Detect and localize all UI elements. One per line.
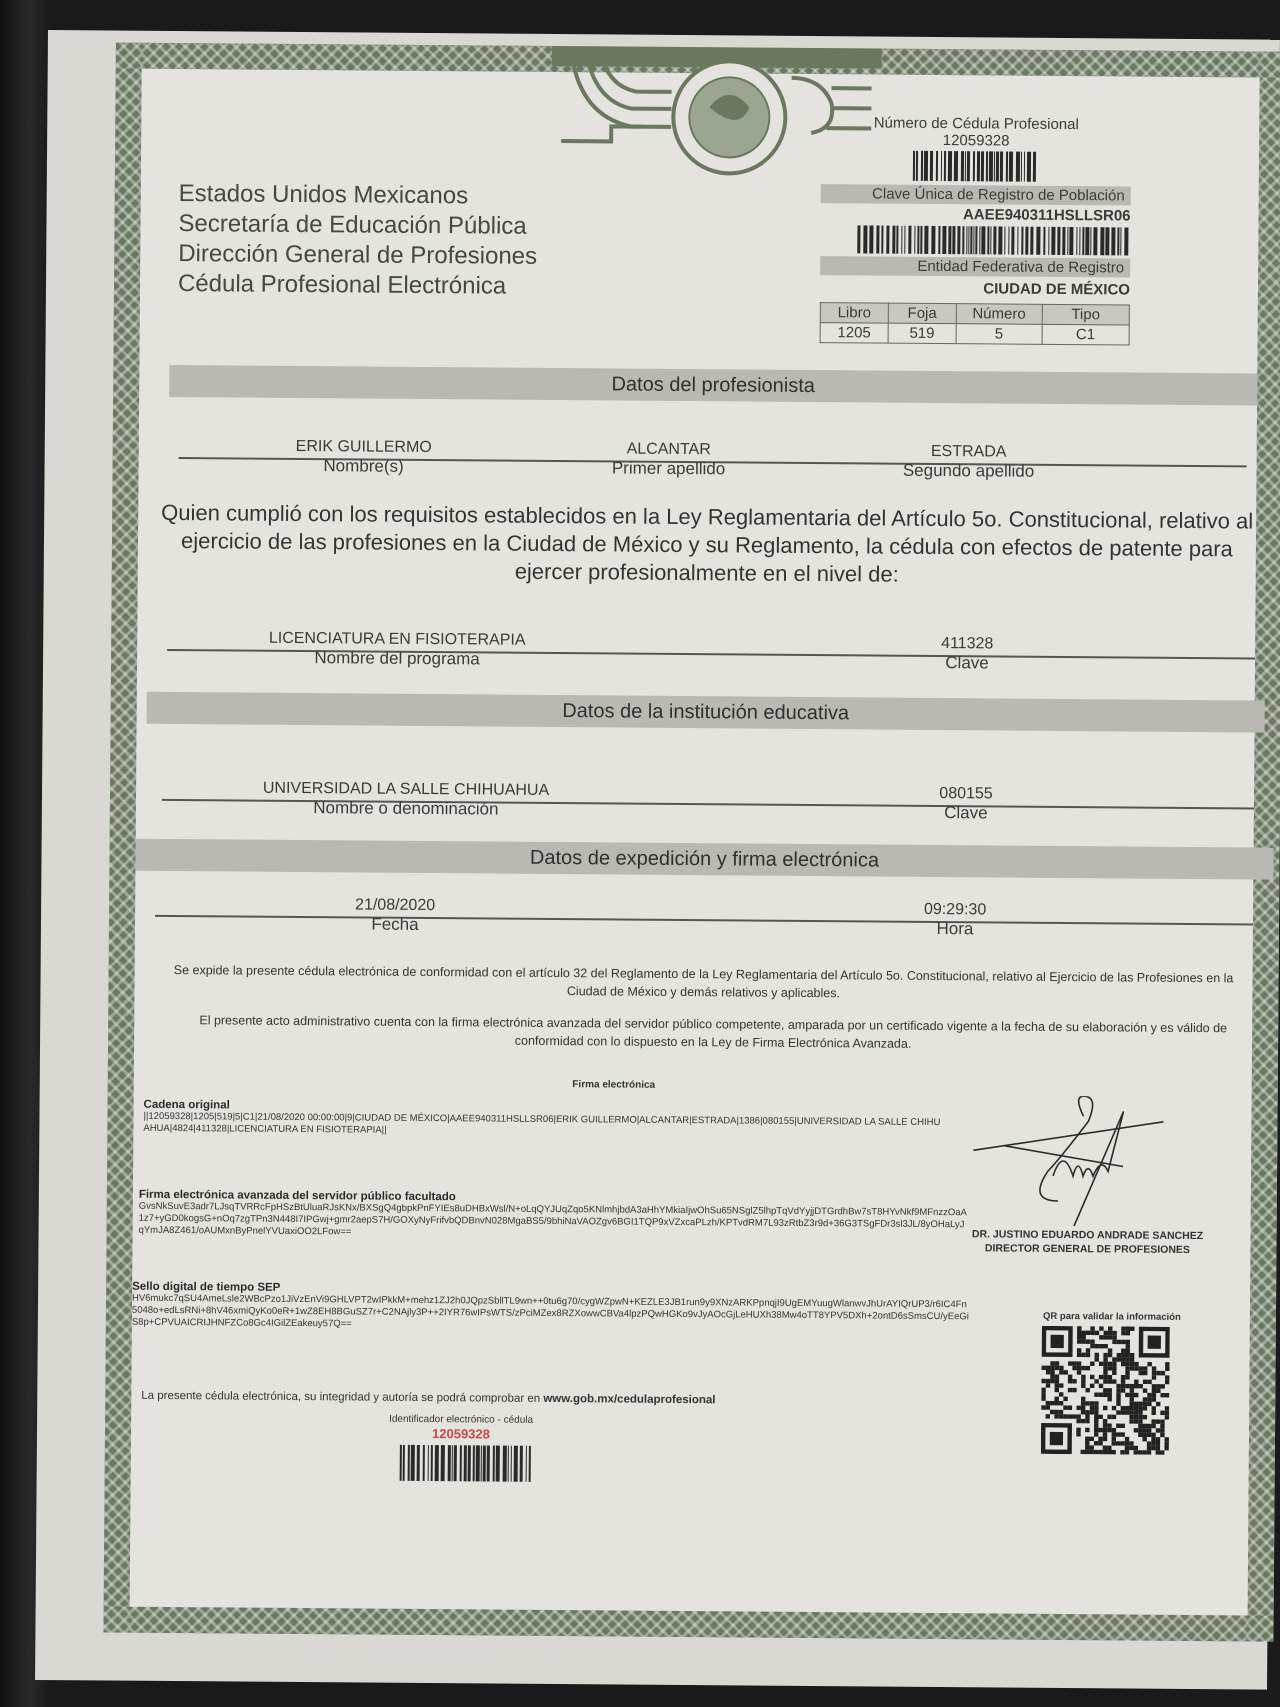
hora-value: 09:29:30 xyxy=(895,901,1015,920)
nombres-value: ERIK GUILLERMO xyxy=(249,438,479,458)
cedula-number: 12059328 xyxy=(821,131,1131,150)
qr-code-icon[interactable] xyxy=(1041,1326,1170,1455)
identificador-barcode xyxy=(381,1445,551,1482)
signatory-title: DIRECTOR GENERAL DE PROFESIONES xyxy=(962,1241,1212,1257)
firma-avanzada: Firma electrónica avanzada del servidor … xyxy=(139,1189,969,1244)
registry-header-numero: Número xyxy=(956,304,1042,325)
verify-line: La presente cédula electrónica, su integ… xyxy=(141,1387,841,1410)
field-institucion-clave: 080155 Clave xyxy=(896,785,1036,824)
registry-table: Libro Foja Número Tipo 1205 519 5 C1 xyxy=(820,302,1130,345)
segundo-apellido-label: Segundo apellido xyxy=(868,460,1068,482)
fecha-label: Fecha xyxy=(325,914,465,935)
programa-value: LICENCIATURA EN FISIOTERAPIA xyxy=(237,630,557,651)
registry-value-foja: 519 xyxy=(888,323,956,344)
curp-value: AAEE940311HSLLSR06 xyxy=(821,205,1131,224)
header-line: Secretaría de Educación Pública xyxy=(178,209,537,242)
registry-value-libro: 1205 xyxy=(820,323,888,344)
registry-value-numero: 5 xyxy=(956,324,1042,345)
section-profesionista: Datos del profesionista xyxy=(169,365,1257,406)
section-institucion: Datos de la institución educativa xyxy=(147,692,1265,733)
field-programa: LICENCIATURA EN FISIOTERAPIA Nombre del … xyxy=(237,630,557,671)
field-nombres: ERIK GUILLERMO Nombre(s) xyxy=(249,438,479,478)
registry-box: Número de Cédula Profesional 12059328 Cl… xyxy=(820,114,1132,345)
field-hora: 09:29:30 Hora xyxy=(895,901,1015,940)
certificate-paper: Estados Unidos Mexicanos Secretaría de E… xyxy=(35,30,1280,1690)
notice-firma-avanzada: El presente acto administrativo cuenta c… xyxy=(174,1011,1252,1055)
ornamental-border: Estados Unidos Mexicanos Secretaría de E… xyxy=(103,43,1280,1642)
institucion-value: UNIVERSIDAD LA SALLE CHIHUAHUA xyxy=(226,779,586,800)
section-expedicion: Datos de expedición y firma electrónica xyxy=(135,839,1273,880)
registry-header-foja: Foja xyxy=(888,303,956,324)
field-primer-apellido: ALCANTAR Primer apellido xyxy=(568,440,768,480)
registry-header-tipo: Tipo xyxy=(1042,304,1129,325)
legal-paragraph: Quien cumplió con los requisitos estable… xyxy=(158,499,1257,592)
header-line: Dirección General de Profesiones xyxy=(178,239,537,272)
institucion-clave-value: 080155 xyxy=(896,785,1036,804)
curp-label: Clave Única de Registro de Población xyxy=(821,184,1131,205)
identificador-value: 12059328 xyxy=(361,1425,561,1445)
registry-value-tipo: C1 xyxy=(1042,324,1129,345)
cedula-barcode xyxy=(821,150,1131,182)
sello-digital: Sello digital de tiempo SEP HV6mukc7qSU4… xyxy=(132,1281,972,1336)
entidad-label: Entidad Federativa de Registro xyxy=(820,256,1130,277)
header-line: Cédula Profesional Electrónica xyxy=(178,269,537,302)
field-segundo-apellido: ESTRADA Segundo apellido xyxy=(868,442,1068,482)
field-institucion: UNIVERSIDAD LA SALLE CHIHUAHUA Nombre o … xyxy=(226,779,586,820)
entidad-value: CIUDAD DE MÉXICO xyxy=(820,279,1130,298)
programa-label: Nombre del programa xyxy=(237,648,557,671)
verify-text: La presente cédula electrónica, su integ… xyxy=(141,1390,540,1405)
field-programa-clave: 411328 Clave xyxy=(897,635,1037,674)
verify-url[interactable]: www.gob.mx/cedulaprofesional xyxy=(543,1393,715,1406)
programa-clave-value: 411328 xyxy=(897,635,1037,654)
registry-header-libro: Libro xyxy=(820,303,888,324)
curp-barcode xyxy=(820,225,1130,255)
signatory-block: DR. JUSTINO EDUARDO ANDRADE SANCHEZ DIRE… xyxy=(962,1227,1212,1257)
segundo-apellido-value: ESTRADA xyxy=(869,442,1069,462)
fecha-value: 21/08/2020 xyxy=(325,896,465,915)
cadena-original: Cadena original ||12059328|1205|519|5|C1… xyxy=(143,1099,943,1141)
hora-label: Hora xyxy=(895,919,1015,940)
nombres-label: Nombre(s) xyxy=(249,456,479,478)
notice-expedicion: Se expide la presente cédula electrónica… xyxy=(154,961,1252,1006)
signature-icon xyxy=(973,1095,1194,1227)
qr-label: QR para validar la información xyxy=(1012,1308,1212,1328)
institucion-label: Nombre o denominación xyxy=(226,797,586,820)
firma-title: Firma electrónica xyxy=(514,1076,714,1096)
firma-avanzada-value: GvsNkSuvE3adr7LJsqTVRRcFpHSzBtUluaRJsKNx… xyxy=(139,1201,967,1238)
primer-apellido-label: Primer apellido xyxy=(568,458,768,480)
header-line: Estados Unidos Mexicanos xyxy=(179,179,538,212)
primer-apellido-value: ALCANTAR xyxy=(569,440,769,460)
institucion-clave-label: Clave xyxy=(896,803,1036,824)
divider xyxy=(155,915,1253,925)
field-fecha: 21/08/2020 Fecha xyxy=(325,896,465,935)
issuer-header: Estados Unidos Mexicanos Secretaría de E… xyxy=(178,179,538,302)
sello-value: HV6mukc7qSU4AmeLsle2WBcPzo1JiVzEnVi9GHLV… xyxy=(132,1293,969,1330)
programa-clave-label: Clave xyxy=(897,653,1037,674)
